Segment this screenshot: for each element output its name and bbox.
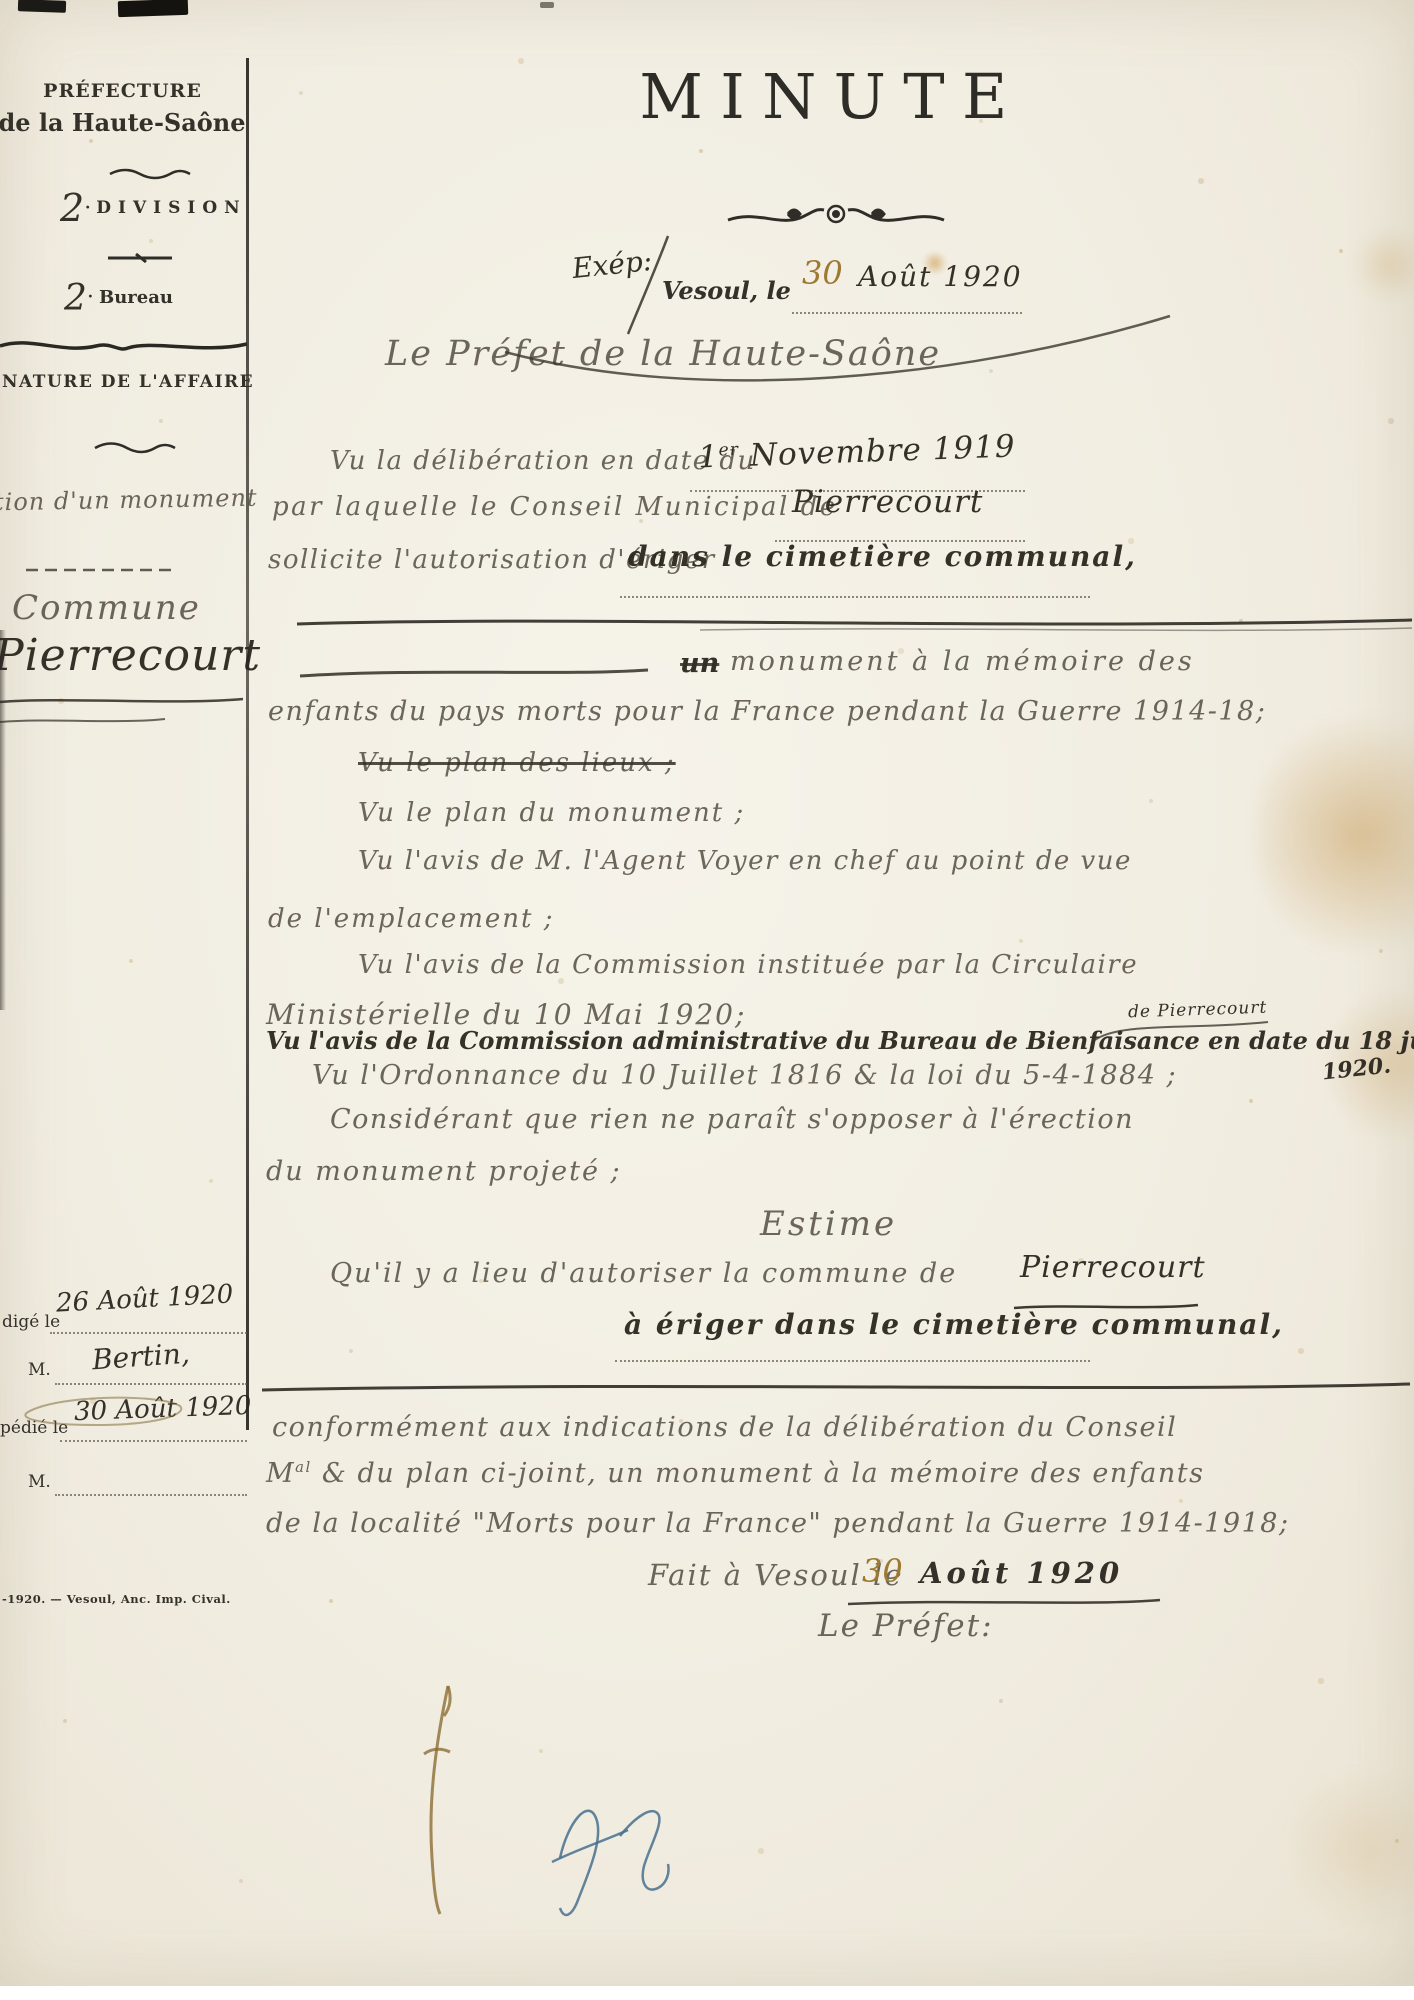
- horizontal-rule: [700, 628, 1412, 630]
- pen-underline-segment: [300, 670, 648, 676]
- squiggle-divider-icon: [95, 444, 175, 453]
- pen-loop-stroke: [25, 1398, 181, 1425]
- horizontal-rule: [262, 1384, 1410, 1390]
- pen-vertical-stroke: [424, 1686, 450, 1914]
- underline-stroke: [0, 719, 165, 722]
- ink-strokes-overlay: [0, 0, 1414, 2000]
- underline-stroke: [1014, 1305, 1198, 1308]
- scanned-document-page: PRÉFECTURE de la Haute-Saône 2· DIVISION…: [0, 0, 1414, 2000]
- wavy-rule-icon: [0, 343, 247, 349]
- flourish-divider-icon: [728, 206, 944, 222]
- dash-divider-icon: [108, 254, 172, 262]
- pen-slash-stroke: [628, 236, 668, 334]
- pen-swoop-stroke: [505, 316, 1170, 380]
- underline-stroke: [0, 699, 243, 702]
- prefect-signature: [552, 1811, 669, 1915]
- squiggle-divider-icon: [110, 170, 190, 178]
- pen-curve-stroke: [1095, 1022, 1268, 1040]
- underline-stroke: [848, 1600, 1160, 1604]
- scan-bottom-edge: [0, 1986, 1414, 2000]
- horizontal-rule: [297, 620, 1412, 624]
